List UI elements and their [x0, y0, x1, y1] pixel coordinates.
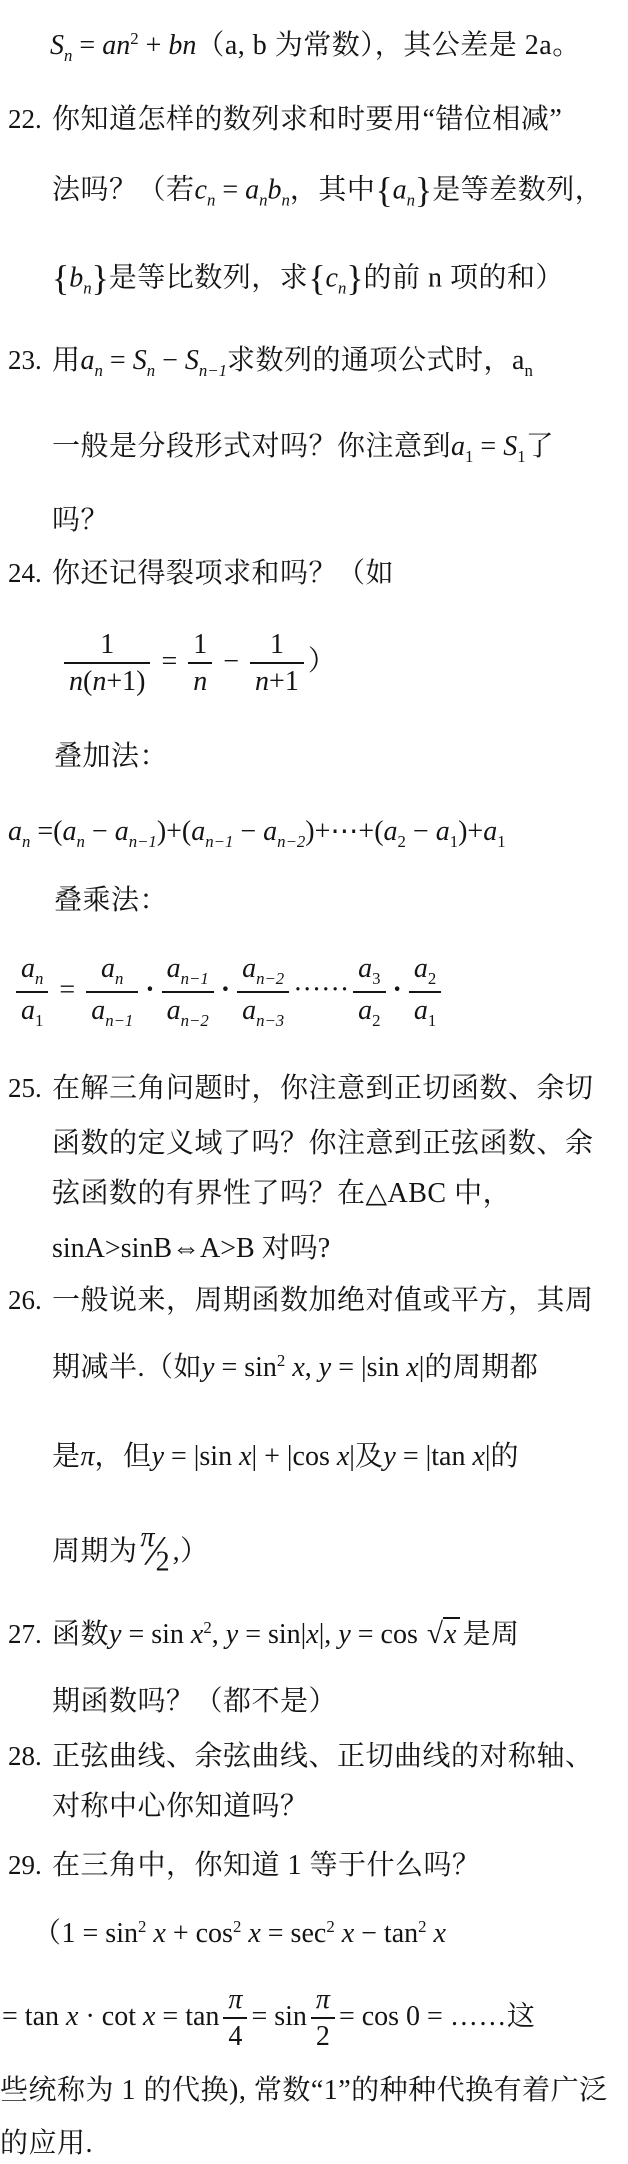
- item-25-line-3: 弦函数的有界性了吗？在△ABC 中，: [52, 1176, 511, 1211]
- text-segment: −: [406, 816, 436, 847]
- fraction-denominator: a1: [16, 991, 48, 1031]
- label-stacking-multiplication: 叠乘法：: [54, 883, 168, 918]
- item-29-formula-2: = tan x · cot x = tanπ4= sinπ2= cos 0 = …: [2, 1984, 535, 2053]
- text-segment: ·: [145, 974, 154, 1005]
- text-segment: 2: [428, 969, 436, 988]
- item-number: 26.: [8, 1284, 52, 1318]
- text-segment: 是等比数列，求: [109, 262, 309, 293]
- fraction: anan−1: [86, 953, 138, 1031]
- text-segment: x: [241, 1918, 260, 1949]
- item-number: 25.: [8, 1072, 52, 1106]
- text-segment: −: [233, 816, 263, 847]
- text-segment: ……这: [450, 2001, 536, 2032]
- text-segment: · cot: [78, 2001, 143, 2032]
- text-segment: c: [195, 174, 207, 205]
- text-segment: 是等差数列，: [432, 174, 603, 205]
- text-segment: 在解三角问题时，你注意到正切函数、余切: [52, 1073, 594, 1104]
- text-segment: 你知道怎样的数列求和时要用“错位相减”: [52, 104, 562, 135]
- text-segment: = sin: [214, 1352, 276, 1383]
- text-segment: 是周: [462, 1619, 519, 1650]
- text-segment: y: [338, 1619, 350, 1650]
- text-segment: 3: [372, 969, 380, 988]
- text-segment: ,）: [173, 1536, 209, 1567]
- text-segment: x: [285, 1352, 304, 1383]
- item-28-line-1: 28.正弦曲线、余弦曲线、正切曲线的对称轴、: [8, 1739, 594, 1774]
- text-segment: S: [185, 345, 199, 376]
- text-segment: a: [167, 995, 181, 1026]
- text-segment: a: [81, 345, 95, 376]
- item-number: 27.: [8, 1618, 52, 1652]
- text-segment: c: [326, 262, 338, 293]
- fraction-numerator: an: [16, 953, 48, 991]
- text-segment: a: [167, 953, 181, 984]
- text-segment: x: [337, 1441, 349, 1472]
- item-number: 22.: [8, 103, 52, 137]
- fraction-denominator: 2: [156, 1547, 170, 1578]
- fraction-denominator: 2: [311, 2017, 335, 2052]
- text-segment: n: [92, 666, 106, 697]
- item-25-line-4: sinA>sinB⇔A>B 对吗?: [52, 1231, 330, 1266]
- text-segment: = |sin: [331, 1352, 406, 1383]
- item-24-formula: 1n(n+1) = 1n − 1n+1）: [60, 629, 336, 698]
- text-segment: 函数: [52, 1619, 109, 1650]
- text-segment: +1: [269, 666, 299, 697]
- text-segment: + cos: [166, 1918, 233, 1949]
- text-segment: 些统称为 1 的代换), 常数“1”的种种代换有着广泛: [0, 2075, 608, 2106]
- item-22-line-2: 法吗？（若cn = anbn，其中{an}是等差数列，: [52, 168, 603, 213]
- fraction-numerator: 1: [265, 629, 289, 662]
- fraction-denominator: a2: [353, 991, 385, 1031]
- formula-stacking-multiplication: ana1 = anan−1·an−1an−2·an−2an−3······a3a…: [12, 953, 445, 1031]
- text-segment: = tan: [155, 2001, 219, 2032]
- text-segment: n: [77, 832, 85, 851]
- text-segment: n: [95, 361, 103, 380]
- text-segment: x: [191, 1619, 203, 1650]
- fraction-numerator: a2: [409, 953, 441, 991]
- text-segment: 1: [193, 629, 207, 660]
- text-segment: x: [335, 1918, 354, 1949]
- item-26-line-3: 是π，但y = |sin x| + |cos x|及y = |tan x|的: [52, 1439, 519, 1474]
- text-segment: n−2: [256, 969, 284, 988]
- text-segment: y: [202, 1352, 214, 1383]
- text-segment: y: [152, 1441, 164, 1472]
- fraction-denominator: 4: [223, 2017, 247, 2052]
- fraction-numerator: 1: [188, 629, 212, 662]
- text-segment: 一般是分段形式对吗？你注意到: [52, 431, 451, 462]
- text-segment: a: [414, 953, 428, 984]
- fraction-numerator: a3: [353, 953, 385, 991]
- text-segment: b: [268, 174, 282, 205]
- text-segment: − tan: [354, 1918, 418, 1949]
- text-segment: = sec: [261, 1918, 327, 1949]
- text-segment: 函数的定义域了吗？你注意到正弦函数、余: [52, 1128, 594, 1159]
- item-number: 23.: [8, 344, 52, 378]
- text-segment: | + |cos: [252, 1441, 337, 1472]
- text-segment: ）: [308, 646, 337, 677]
- fraction: 1n+1: [250, 629, 304, 698]
- fraction: 1n: [188, 629, 212, 698]
- text-segment: 你还记得裂项求和吗？（如: [52, 558, 394, 589]
- text-segment: n: [282, 190, 290, 209]
- item-24-line-1: 24.你还记得裂项求和吗？（如: [8, 556, 394, 591]
- text-segment: a: [393, 174, 407, 205]
- text-segment: 弦函数的有界性了吗？在△ABC 中，: [52, 1178, 511, 1209]
- text-segment: a: [242, 953, 256, 984]
- item-27-line-1: 27.函数y = sin x2, y = sin|x|, y = cos √x是…: [8, 1616, 519, 1653]
- text-segment: an: [102, 30, 130, 61]
- text-segment: 1: [517, 447, 525, 466]
- text-segment: n: [193, 666, 207, 697]
- text-segment: a: [115, 816, 129, 847]
- item-29-formula-1: （1 = sin2 x + cos2 x = sec2 x − tan2 x: [33, 1916, 446, 1951]
- text-segment: 1: [497, 832, 505, 851]
- text-segment: （a, b 为常数），其公差是 2a。: [196, 30, 580, 61]
- text-segment: a: [436, 816, 450, 847]
- text-segment: }: [415, 170, 432, 210]
- text-segment: ······: [293, 974, 349, 1005]
- text-segment: a: [101, 953, 115, 984]
- fraction-denominator: n: [188, 662, 212, 697]
- text-segment: a: [191, 816, 205, 847]
- text-segment: a: [21, 953, 35, 984]
- item-25-line-2: 函数的定义域了吗？你注意到正弦函数、余: [52, 1126, 594, 1161]
- text-segment: = sin: [251, 2001, 306, 2032]
- text-segment: ，其中: [290, 174, 376, 205]
- fraction: an−1an−2: [162, 953, 214, 1031]
- text-segment: +: [139, 30, 169, 61]
- text-segment: = sin: [121, 1619, 190, 1650]
- text-segment: n: [255, 666, 269, 697]
- text-segment: )+: [458, 816, 483, 847]
- text-segment: )+(: [157, 816, 191, 847]
- text-segment: 2: [156, 1547, 170, 1578]
- fraction-denominator: a1: [409, 991, 441, 1031]
- text-segment: 及: [355, 1441, 384, 1472]
- text-segment: y: [226, 1619, 238, 1650]
- text-segment: a: [245, 174, 259, 205]
- fraction: an−2an−3: [237, 953, 289, 1031]
- text-segment: n: [83, 278, 91, 297]
- text-segment: =: [72, 30, 102, 61]
- text-segment: {: [375, 170, 392, 210]
- text-segment: =: [473, 431, 503, 462]
- text-segment: π: [316, 1984, 330, 2015]
- text-segment: n: [259, 190, 267, 209]
- text-segment: 4: [228, 2021, 242, 2052]
- fraction: π4: [223, 1984, 247, 2053]
- text-segment: b: [69, 262, 83, 293]
- text-segment: = |sin: [164, 1441, 239, 1472]
- fraction-numerator: an−2: [237, 953, 289, 991]
- text-segment: 一般说来，周期函数加绝对值或平方，其周: [52, 1285, 594, 1316]
- fraction-denominator: an−2: [162, 991, 214, 1031]
- text-segment: (: [83, 666, 92, 697]
- text-segment: S: [50, 30, 64, 61]
- text-segment: n: [147, 361, 155, 380]
- text-segment: x: [143, 2001, 155, 2032]
- radical-sign-icon: √: [427, 1618, 443, 1650]
- text-segment: 用: [52, 345, 81, 376]
- item-28-line-2: 对称中心你知道吗？: [52, 1789, 309, 1824]
- text-segment: 叠加法：: [54, 741, 168, 772]
- text-segment: =: [154, 646, 184, 677]
- formula-stacking-addition: an =(an − an−1)+(an−1 − an−2)+⋯+(a2 − a1…: [8, 814, 506, 853]
- text-segment: 的应用.: [0, 2128, 93, 2159]
- item-number: 29.: [8, 1849, 52, 1883]
- text-segment: 的: [491, 1441, 520, 1472]
- fraction-numerator: an−1: [162, 953, 214, 991]
- text-segment: n: [69, 666, 83, 697]
- fraction-numerator: π: [311, 1984, 335, 2017]
- fraction-denominator: an−3: [237, 991, 289, 1031]
- item-22-line-3: {bn}是等比数列，求{cn}的前 n 项的和）: [52, 256, 564, 301]
- text-segment: = sin|: [238, 1619, 306, 1650]
- text-segment: a: [8, 816, 22, 847]
- item-26-line-2: 期减半.（如y = sin2 x, y = |sin x|的周期都: [52, 1350, 538, 1385]
- text-segment: a: [451, 431, 465, 462]
- text-segment: a: [63, 816, 77, 847]
- item-26-line-4: 周期为π⁄2,）: [52, 1520, 209, 1580]
- text-segment: |,: [319, 1619, 339, 1650]
- document-page: Sn = an2 + bn（a, b 为常数），其公差是 2a。22.你知道怎样…: [0, 0, 628, 2164]
- item-29-line-3: 的应用.: [0, 2126, 93, 2161]
- item-26-line-1: 26.一般说来，周期函数加绝对值或平方，其周: [8, 1283, 594, 1318]
- text-segment: 吗？: [52, 505, 109, 536]
- text-segment: }: [346, 258, 363, 298]
- text-segment: π: [81, 1441, 95, 1472]
- text-segment: n: [115, 969, 123, 988]
- text-segment: n−1: [205, 832, 233, 851]
- text-segment: 2: [372, 1011, 380, 1030]
- text-segment: n−1: [199, 361, 227, 380]
- text-segment: n: [35, 969, 43, 988]
- text-segment: = tan: [2, 2001, 66, 2032]
- fraction-numerator: π: [223, 1984, 247, 2017]
- text-segment: sinA>sinB⇔A>B 对吗?: [52, 1233, 330, 1264]
- text-segment: x: [66, 2001, 78, 2032]
- text-segment: =(: [30, 816, 62, 847]
- item-22-line-1: 22.你知道怎样的数列求和时要用“错位相减”: [8, 102, 562, 137]
- text-segment: {: [52, 258, 69, 298]
- text-segment: −: [216, 646, 246, 677]
- fraction-denominator: n+1: [250, 662, 304, 697]
- text-segment: 的周期都: [424, 1352, 538, 1383]
- text-segment: 1 = sin: [62, 1918, 138, 1949]
- text-segment: x: [306, 1619, 318, 1650]
- text-segment: 1: [428, 1011, 436, 1030]
- text-segment: = |tan: [396, 1441, 473, 1472]
- radicand: x: [443, 1617, 460, 1650]
- text-segment: （: [33, 1918, 62, 1949]
- text-segment: 2: [203, 1618, 211, 1637]
- item-25-line-1: 25.在解三角问题时，你注意到正切函数、余切: [8, 1071, 594, 1106]
- item-29-line-1: 29.在三角中，你知道 1 等于什么吗？: [8, 1848, 481, 1883]
- fraction: π2: [311, 1984, 335, 2053]
- text-segment: a: [358, 953, 372, 984]
- text-segment: 2: [398, 832, 406, 851]
- slanted-fraction: π⁄2: [141, 1520, 170, 1580]
- text-segment: 1: [450, 832, 458, 851]
- fraction: 1n(n+1): [64, 629, 150, 698]
- text-segment: a: [21, 995, 35, 1026]
- item-29-line-2: 些统称为 1 的代换), 常数“1”的种种代换有着广泛: [0, 2073, 608, 2108]
- text-segment: n−2: [181, 1011, 209, 1030]
- text-segment: n: [407, 190, 415, 209]
- text-segment: a: [483, 816, 497, 847]
- text-segment: y: [109, 1619, 121, 1650]
- text-segment: a: [91, 995, 105, 1026]
- fraction: ana1: [16, 953, 48, 1031]
- text-segment: 1: [35, 1011, 43, 1030]
- text-segment: =: [215, 174, 245, 205]
- text-segment: 2: [418, 1917, 426, 1936]
- fraction-denominator: an−1: [86, 991, 138, 1031]
- fraction-denominator: n(n+1): [64, 662, 150, 697]
- text-segment: n−1: [129, 832, 157, 851]
- text-segment: −: [85, 816, 115, 847]
- text-segment: ,: [212, 1619, 226, 1650]
- text-segment: a: [384, 816, 398, 847]
- text-segment: 2: [130, 29, 138, 48]
- text-segment: n: [524, 361, 532, 380]
- text-segment: 是: [52, 1441, 81, 1472]
- item-number: 28.: [8, 1740, 52, 1774]
- text-segment: −: [155, 345, 185, 376]
- text-segment: 在三角中，你知道 1 等于什么吗？: [52, 1850, 481, 1881]
- text-segment: 1: [100, 629, 114, 660]
- text-segment: y: [383, 1441, 395, 1472]
- text-segment: x: [146, 1918, 165, 1949]
- text-segment: a: [512, 345, 524, 376]
- text-segment: 法吗？（若: [52, 174, 195, 205]
- label-stacking-addition: 叠加法：: [54, 739, 168, 774]
- text-segment: 周期为: [52, 1536, 138, 1567]
- fraction-numerator: an: [96, 953, 128, 991]
- square-root: √x: [427, 1616, 461, 1653]
- text-segment: ,: [305, 1352, 319, 1383]
- item-number: 24.: [8, 557, 52, 591]
- text-segment: n−1: [105, 1011, 133, 1030]
- text-segment: n−3: [256, 1011, 284, 1030]
- text-segment: 了: [526, 431, 555, 462]
- text-segment: a: [358, 995, 372, 1026]
- text-segment: 2: [316, 2021, 330, 2052]
- text-segment: = cos 0 =: [339, 2001, 450, 2032]
- text-segment: ·: [393, 974, 402, 1005]
- text-segment: x: [239, 1441, 251, 1472]
- item-23-line-3: 吗？: [52, 503, 109, 538]
- text-segment: x: [427, 1918, 446, 1949]
- item-23-line-2: 一般是分段形式对吗？你注意到a1 = S1了: [52, 429, 554, 468]
- text-segment: ，但: [95, 1441, 152, 1472]
- text-segment: bn: [168, 30, 196, 61]
- text-segment: y: [319, 1352, 331, 1383]
- text-segment: 对称中心你知道吗？: [52, 1791, 309, 1822]
- text-segment: 2: [326, 1917, 334, 1936]
- text-segment: {: [308, 258, 325, 298]
- text-segment: a: [263, 816, 277, 847]
- text-segment: π: [228, 1984, 242, 2015]
- text-segment: a: [242, 995, 256, 1026]
- item-27-line-2: 期函数吗？（都不是）: [52, 1684, 337, 1719]
- text-segment: 期减半.（如: [52, 1352, 202, 1383]
- fraction-numerator: 1: [95, 629, 119, 662]
- text-segment: 1: [270, 629, 284, 660]
- text-segment: 求数列的通项公式时，: [227, 345, 512, 376]
- text-segment: n−1: [181, 969, 209, 988]
- text-segment: =: [52, 974, 82, 1005]
- text-segment: x: [472, 1441, 484, 1472]
- text-segment: ·: [221, 974, 230, 1005]
- text-segment: S: [503, 431, 517, 462]
- text-segment: )+⋯+(: [305, 816, 383, 847]
- text-segment: n−2: [277, 832, 305, 851]
- text-segment: 正弦曲线、余弦曲线、正切曲线的对称轴、: [52, 1741, 594, 1772]
- text-segment: +1): [106, 666, 145, 697]
- fraction: a2a1: [409, 953, 441, 1031]
- text-segment: x: [444, 1619, 456, 1650]
- text-segment: 的前 n 项的和）: [364, 262, 565, 293]
- text-segment: a: [414, 995, 428, 1026]
- text-segment: 期函数吗？（都不是）: [52, 1686, 337, 1717]
- text-segment: S: [133, 345, 147, 376]
- text-segment: x: [406, 1352, 418, 1383]
- text-segment: 叠乘法：: [54, 885, 168, 916]
- text-segment: =: [103, 345, 133, 376]
- text-segment: = cos: [351, 1619, 425, 1650]
- fraction: a3a2: [353, 953, 385, 1031]
- item-23-line-1: 23.用an = Sn − Sn−1求数列的通项公式时，an: [8, 343, 533, 382]
- line-sn-formula: Sn = an2 + bn（a, b 为常数），其公差是 2a。: [50, 28, 581, 67]
- text-segment: }: [92, 258, 109, 298]
